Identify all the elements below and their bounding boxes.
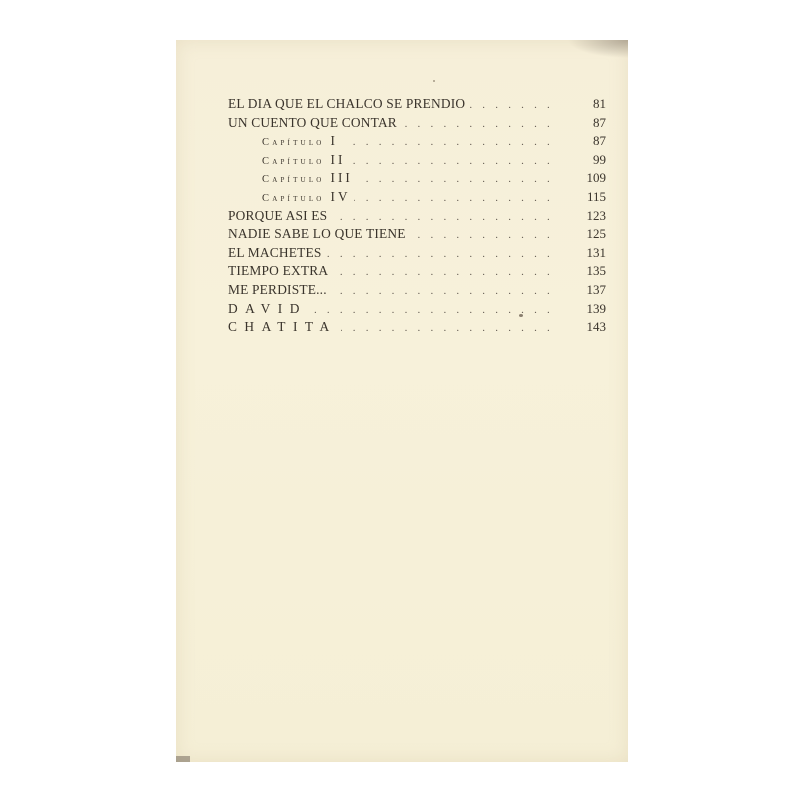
entry-title: TIEMPO EXTRA [228,262,332,281]
toc-entry: CHATITA ................................… [228,318,606,337]
dot-leader: ........................................ [349,152,576,171]
entry-title: CapítuloIV [228,188,354,209]
toc-entry: UN CUENTO QUE CONTAR ...................… [228,114,606,133]
entry-title: CHATITA [228,318,341,337]
toc-entry: ME PERDISTE... .........................… [228,281,606,300]
toc-subentry: CapítuloIII ............................… [228,169,606,188]
entry-page-number: 135 [576,262,606,281]
toc-entry: DAVID ..................................… [228,300,606,319]
entry-title: EL MACHETES [228,244,326,263]
toc-entry: EL MACHETES ............................… [228,244,606,263]
entry-title: ME PERDISTE... [228,281,331,300]
entry-title: PORQUE ASI ES [228,207,331,226]
dot-leader: ........................................ [357,170,576,189]
dot-leader: ........................................ [331,282,576,301]
dot-leader: ........................................ [469,96,576,115]
entry-page-number: 87 [576,132,606,151]
entry-page-number: 139 [576,300,606,319]
dot-leader: ........................................ [341,319,576,338]
chapter-label: Capítulo [262,137,325,148]
paper-speck [433,80,435,82]
toc-subentry: CapítuloI ..............................… [228,132,606,151]
entry-title: EL DIA QUE EL CHALCO SE PRENDIO [228,95,469,114]
toc-entry: TIEMPO EXTRA ...........................… [228,262,606,281]
dot-leader: ........................................ [342,133,576,152]
entry-title: NADIE SABE LO QUE TIENE [228,225,410,244]
entry-title: CapítuloI [228,132,342,153]
entry-title: CapítuloIII [228,169,357,190]
entry-title: UN CUENTO QUE CONTAR [228,114,401,133]
table-of-contents: EL DIA QUE EL CHALCO SE PRENDIO ........… [228,95,606,337]
entry-page-number: 109 [576,169,606,188]
entry-page-number: 81 [576,95,606,114]
dot-leader: ........................................ [332,263,576,282]
dot-leader: ........................................ [331,208,576,227]
paper-speck [519,314,523,317]
entry-page-number: 131 [576,244,606,263]
toc-entry: NADIE SABE LO QUE TIENE ................… [228,225,606,244]
dot-leader: ........................................ [354,189,576,208]
toc-entry: EL DIA QUE EL CHALCO SE PRENDIO ........… [228,95,606,114]
entry-page-number: 123 [576,207,606,226]
toc-entry: PORQUE ASI ES ..........................… [228,207,606,226]
entry-title: CapítuloII [228,151,349,172]
toc-subentry: CapítuloIV .............................… [228,188,606,207]
dot-leader: ........................................ [410,226,576,245]
chapter-label: Capítulo [262,174,325,185]
chapter-numeral: I [331,133,338,148]
dot-leader: ........................................ [326,245,576,264]
entry-title: DAVID [228,300,311,319]
chapter-label: Capítulo [262,156,325,167]
entry-page-number: 125 [576,225,606,244]
entry-page-number: 115 [576,188,606,207]
entry-page-number: 87 [576,114,606,133]
dot-leader: ........................................ [401,115,576,134]
toc-subentry: CapítuloII .............................… [228,151,606,170]
entry-page-number: 143 [576,318,606,337]
chapter-numeral: II [331,152,346,167]
chapter-numeral: III [331,170,353,185]
entry-page-number: 99 [576,151,606,170]
entry-page-number: 137 [576,281,606,300]
chapter-numeral: IV [331,189,351,204]
dot-leader: ........................................ [311,301,576,320]
chapter-label: Capítulo [262,193,325,204]
